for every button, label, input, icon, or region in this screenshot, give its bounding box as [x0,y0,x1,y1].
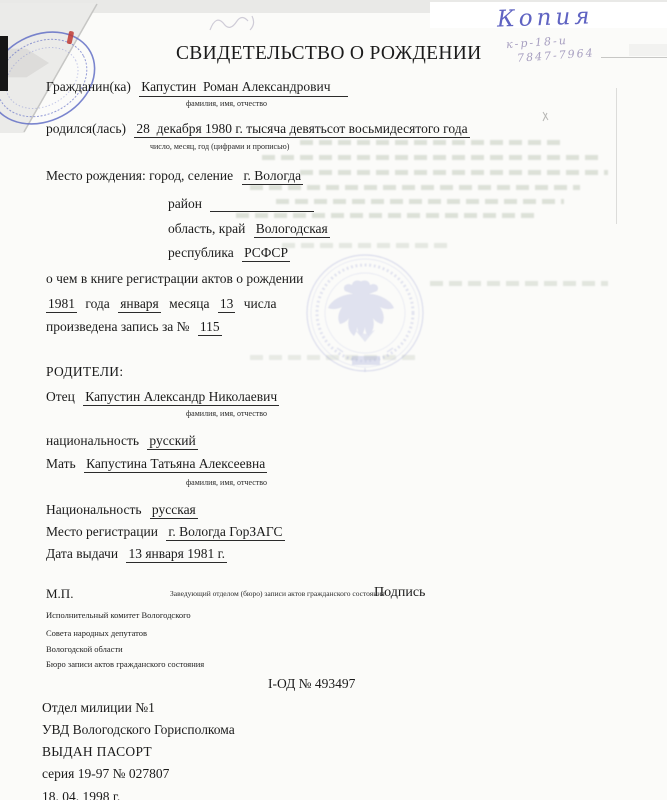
footer-police-dept: Отдел милиции №1 [42,700,155,716]
issue-date-label: Дата выдачи [46,546,118,561]
birthplace-value: г. Вологда [242,168,304,185]
birth-date-value: 28 декабря 1980 г. тысяча девятьсот вось… [134,121,469,138]
mother-nationality-value: русская [150,502,198,519]
district-line: район [168,196,314,212]
record-day-value: 13 [218,296,236,313]
birth-label: родился(лась) [46,121,126,136]
father-nationality-label: национальность [46,433,139,448]
mother-name-value: Капустина Татьяна Алексеевна [84,456,267,473]
record-date-line: 1981 года января месяца 13 числа [46,296,276,312]
document-title: СВИДЕТЕЛЬСТВО О РОЖДЕНИИ [176,43,481,65]
bleedthrough-text-line [300,170,608,175]
mother-nationality-label: Национальность [46,502,142,517]
issuer-line-2: Совета народных депутатов [46,628,147,638]
bleedthrough-text-line [236,213,536,218]
record-year-suffix: года [85,296,109,311]
republic-line: республика РСФСР [168,245,290,261]
footer-passport-issued: ВЫДАН ПАСОРТ [42,744,152,760]
issuer-line-1: Исполнительный комитет Вологодского [46,610,191,620]
registrar-caption: Заведующий отделом (бюро) записи актов г… [170,589,385,598]
republic-label: республика [168,245,234,260]
footer-passport-series: серия 19-97 № 027807 [42,766,169,782]
citizen-line: Гражданин(ка) Капустин Роман Александров… [46,79,348,97]
mother-label: Мать [46,456,76,471]
region-value: Вологодская [254,221,330,238]
mother-line: Мать Капустина Татьяна Алексеевна [46,456,267,472]
father-nationality-line: национальность русский [46,433,198,449]
eagle-emblem-icon [328,281,394,343]
issue-date-value: 13 января 1981 г. [126,546,227,563]
bleedthrough-text-line [250,355,418,360]
record-entry-label: произведена запись за № [46,319,190,334]
father-caption: фамилия, имя, отчество [186,409,267,418]
birth-date-line: родился(лась) 28 декабря 1980 г. тысяча … [46,121,470,137]
scan-artifact-box [629,44,667,56]
mother-nationality-line: Национальность русская [46,502,198,518]
record-intro-line: о чем в книге регистрации актов о рожден… [46,271,303,287]
signature-label: Подпись [374,585,425,601]
record-month-value: января [118,296,161,313]
record-year-value: 1981 [46,296,77,313]
footer-uvd: УВД Вологодского Горисполкома [42,722,235,738]
republic-value: РСФСР [242,245,290,262]
birth-caption: число, месяц, год (цифрами и прописью) [150,142,289,151]
scanned-birth-certificate: Копия к-р-18-и 7847-7964 СВИДЕТЕЛЬСТВО О… [0,0,667,800]
parents-heading: РОДИТЕЛИ: [46,364,123,380]
footer-issue-date: 18. 04. 1998 г. [42,789,120,800]
citizen-label: Гражданин(ка) [46,79,131,94]
issue-date-line: Дата выдачи 13 января 1981 г. [46,546,227,562]
father-label: Отец [46,389,75,404]
issuer-line-4: Бюро записи актов гражданского состояния [46,659,204,669]
region-label: область, край [168,221,245,236]
scan-speck-icon [543,112,548,121]
bleedthrough-text-line [276,199,564,204]
issuer-line-3: Вологодской области [46,644,123,654]
bleedthrough-text-line [282,243,452,248]
pencil-dash-line [601,57,667,58]
record-day-suffix: числа [244,296,277,311]
record-month-suffix: месяца [169,296,209,311]
registration-line: Место регистрации г. Вологда ГорЗАГС [46,524,285,540]
birthplace-label: Место рождения: город, селение [46,168,233,183]
mp-label: М.П. [46,586,73,602]
handwritten-copy-note: Копия [497,3,594,32]
registration-label: Место регистрации [46,524,158,539]
district-blank-line [210,199,314,212]
district-label: район [168,196,202,211]
bleedthrough-text-line [300,140,562,145]
record-entry-line: произведена запись за № 115 [46,319,222,335]
father-nationality-value: русский [147,433,197,450]
citizen-caption: фамилия, имя, отчество [186,99,267,108]
certificate-number: I-ОД № 493497 [268,676,355,692]
birthplace-line: Место рождения: город, селение г. Вологд… [46,168,303,184]
scanner-edge-strip [0,36,8,91]
mother-caption: фамилия, имя, отчество [186,478,267,487]
citizen-name-value: Капустин Роман Александрович [139,79,348,97]
bleedthrough-text-line [250,185,580,190]
bleedthrough-text-line [430,281,608,286]
region-line: область, край Вологодская [168,221,330,237]
father-name-value: Капустин Александр Николаевич [83,389,279,406]
registration-value: г. Вологда ГорЗАГС [166,524,284,541]
page-edge-line [616,88,617,224]
pencil-squiggle-icon [210,16,254,30]
record-entry-number: 115 [198,319,222,336]
father-line: Отец Капустин Александр Николаевич [46,389,279,405]
bleedthrough-text-line [262,155,600,160]
